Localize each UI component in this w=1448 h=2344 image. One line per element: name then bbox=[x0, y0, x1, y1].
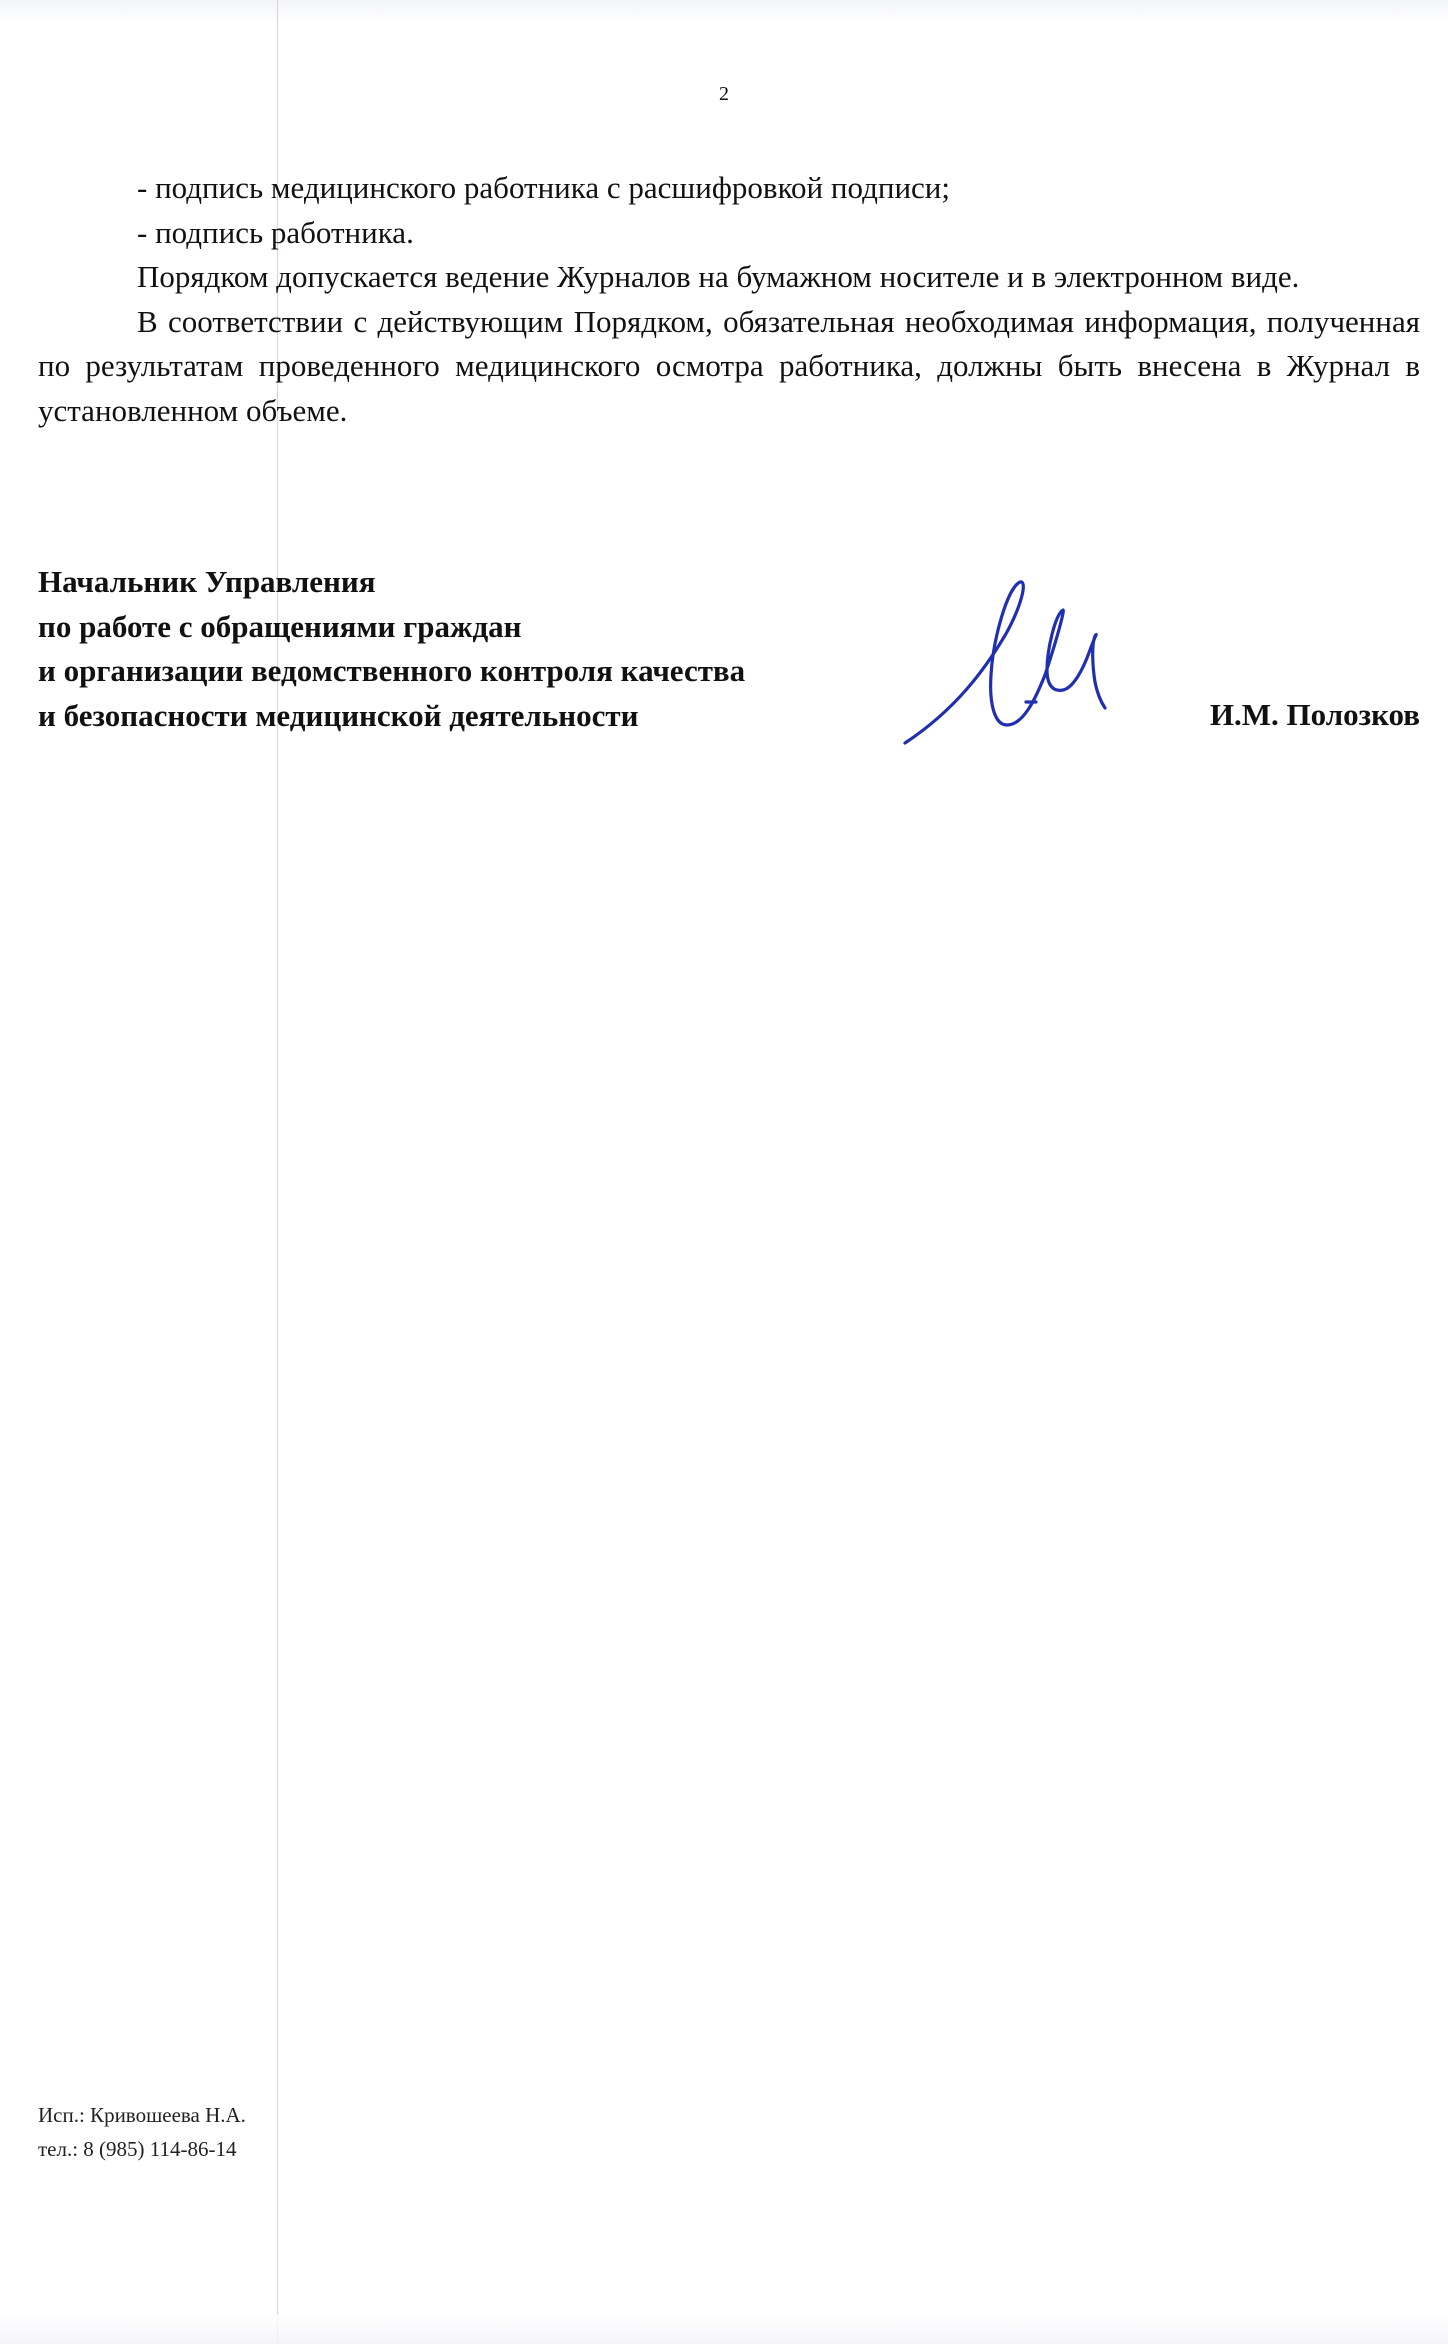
body-text: - подпись медицинского работника с расши… bbox=[38, 166, 1420, 433]
signatory-title: Начальник Управления по работе с обращен… bbox=[38, 560, 898, 738]
signer-name: И.М. Полозков bbox=[1210, 693, 1420, 738]
signatory-title-line: Начальник Управления bbox=[38, 560, 898, 605]
signatory-title-line: и организации ведомственного контроля ка… bbox=[38, 649, 898, 694]
paragraph-bullet-2: - подпись работника. bbox=[38, 211, 1420, 256]
paragraph-requirements: В соответствии с действующим Порядком, о… bbox=[38, 300, 1420, 434]
signatory-title-line: и безопасности медицинской деятельности bbox=[38, 694, 898, 739]
paragraph-bullet-1: - подпись медицинского работника с расши… bbox=[38, 166, 1420, 211]
scan-artifact-top bbox=[0, 0, 1448, 22]
scan-artifact-bottom bbox=[0, 2314, 1448, 2344]
executor-phone: тел.: 8 (985) 114-86-14 bbox=[38, 2132, 246, 2166]
page-number: 2 bbox=[0, 82, 1448, 106]
handwritten-signature-icon bbox=[895, 570, 1135, 750]
paragraph-journals: Порядком допускается ведение Журналов на… bbox=[38, 255, 1420, 300]
executor-name: Исп.: Кривошеева Н.А. bbox=[38, 2098, 246, 2132]
signatory-title-line: по работе с обращениями граждан bbox=[38, 605, 898, 650]
executor-info: Исп.: Кривошеева Н.А. тел.: 8 (985) 114-… bbox=[38, 2098, 246, 2166]
